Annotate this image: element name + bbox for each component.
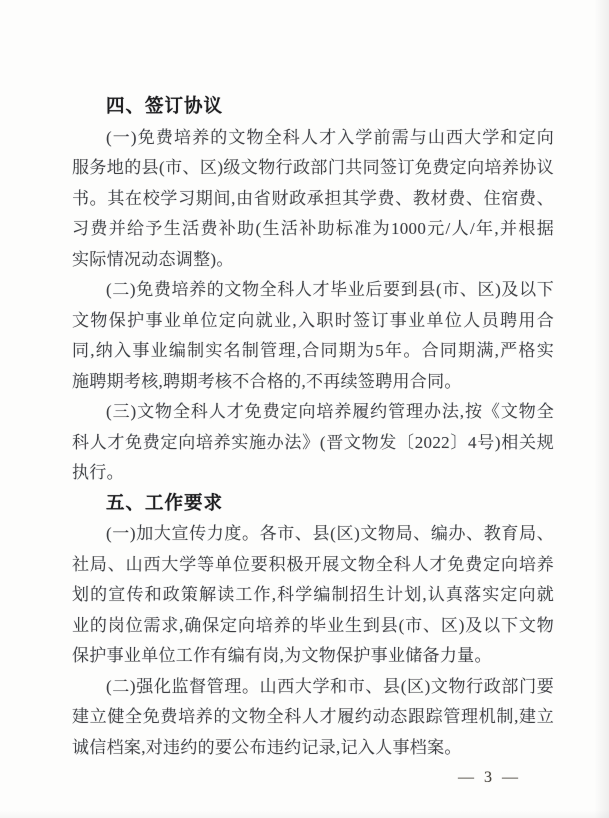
doc-line: 科人才免费定向培养实施办法》(晋文物发〔2022〕4号)相关规定 — [72, 428, 554, 459]
doc-line: 同,纳入事业编制实名制管理,合同期为5年。合同期满,严格实 — [72, 336, 554, 367]
doc-line: (一)免费培养的文物全科人才入学前需与山西大学和定向 — [72, 123, 554, 154]
doc-line: (二)强化监督管理。山西大学和市、县(区)文物行政部门要 — [72, 672, 554, 703]
scanned-document-page: 四、签订协议 (一)免费培养的文物全科人才入学前需与山西大学和定向 服务地的县(… — [0, 0, 609, 818]
doc-line: 习费并给予生活费补助(生活补助标准为1000元/人/年,并根据 — [72, 214, 554, 245]
doc-line: 社局、山西大学等单位要积极开展文物全科人才免费定向培养计 — [72, 550, 554, 581]
doc-line: 施聘期考核,聘期考核不合格的,不再续签聘用合同。 — [72, 367, 554, 398]
doc-line: 文物保护事业单位定向就业,入职时签订事业单位人员聘用合 — [72, 306, 554, 337]
doc-line: (二)免费培养的文物全科人才毕业后要到县(市、区)及以下 — [72, 275, 554, 306]
document-body: 四、签订协议 (一)免费培养的文物全科人才入学前需与山西大学和定向 服务地的县(… — [72, 92, 554, 763]
section-4-heading: 四、签订协议 — [72, 92, 554, 123]
doc-line: 保护事业单位工作有编有岗,为文物保护事业储备力量。 — [72, 641, 554, 672]
doc-line: 书。其在校学习期间,由省财政承担其学费、教材费、住宿费、实 — [72, 184, 554, 215]
section-5-heading: 五、工作要求 — [72, 489, 554, 520]
doc-line: 服务地的县(市、区)级文物行政部门共同签订免费定向培养协议 — [72, 153, 554, 184]
doc-line: 实际情况动态调整)。 — [72, 245, 554, 276]
doc-line: 执行。 — [72, 458, 554, 489]
doc-line: 建立健全免费培养的文物全科人才履约动态跟踪管理机制,建立 — [72, 702, 554, 733]
page-number: — 3 — — [458, 768, 521, 788]
doc-line: (一)加大宣传力度。各市、县(区)文物局、编办、教育局、人 — [72, 519, 554, 550]
doc-line: (三)文物全科人才免费定向培养履约管理办法,按《文物全 — [72, 397, 554, 428]
doc-line: 业的岗位需求,确保定向培养的毕业生到县(市、区)及以下文物 — [72, 611, 554, 642]
doc-line: 诚信档案,对违约的要公布违约记录,记入人事档案。 — [72, 733, 554, 764]
doc-line: 划的宣传和政策解读工作,科学编制招生计划,认真落实定向就 — [72, 580, 554, 611]
